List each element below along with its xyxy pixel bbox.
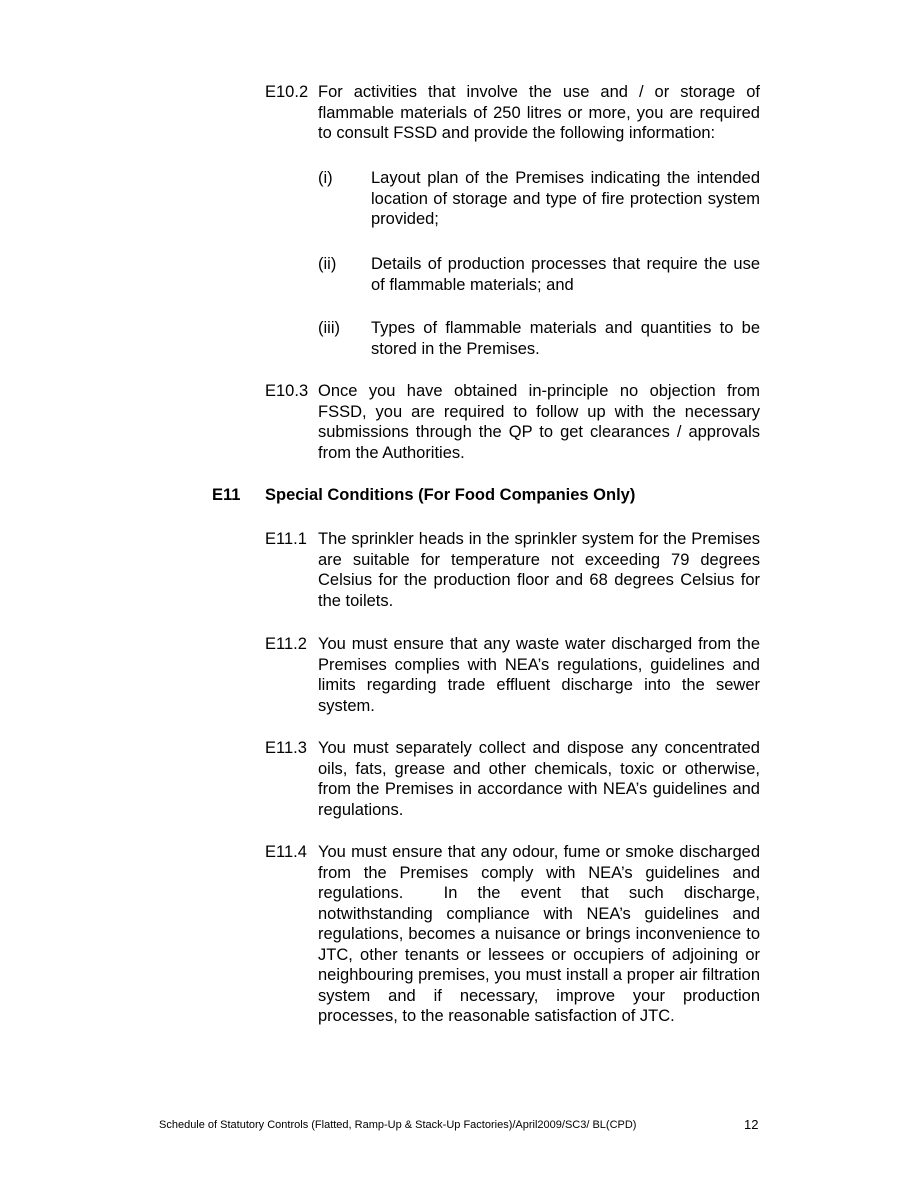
list-item-text: Layout plan of the Premises indicating t… — [371, 168, 760, 230]
list-item-label: (ii) — [318, 254, 336, 275]
clause-text: Once you have obtained in-principle no o… — [318, 381, 760, 463]
clause-number: E11.1 — [265, 529, 307, 550]
section-title: Special Conditions (For Food Companies O… — [265, 485, 635, 505]
clause-text: You must ensure that any waste water dis… — [318, 634, 760, 716]
list-item-text: Details of production processes that req… — [371, 254, 760, 295]
clause-number: E10.2 — [265, 82, 308, 103]
clause-text: You must separately collect and dispose … — [318, 738, 760, 820]
clause-number: E11.2 — [265, 634, 307, 655]
clause-number: E10.3 — [265, 381, 308, 402]
list-item-label: (iii) — [318, 318, 340, 339]
page-number: 12 — [744, 1117, 758, 1132]
footer-text: Schedule of Statutory Controls (Flatted,… — [159, 1119, 636, 1131]
document-page: E10.2 For activities that involve the us… — [0, 0, 918, 1188]
clause-text: You must ensure that any odour, fume or … — [318, 842, 760, 1027]
clause-text: The sprinkler heads in the sprinkler sys… — [318, 529, 760, 611]
clause-text: For activities that involve the use and … — [318, 82, 760, 144]
section-number: E11 — [212, 485, 240, 505]
clause-number: E11.3 — [265, 738, 307, 759]
list-item-text: Types of flammable materials and quantit… — [371, 318, 760, 359]
clause-number: E11.4 — [265, 842, 307, 863]
list-item-label: (i) — [318, 168, 333, 189]
